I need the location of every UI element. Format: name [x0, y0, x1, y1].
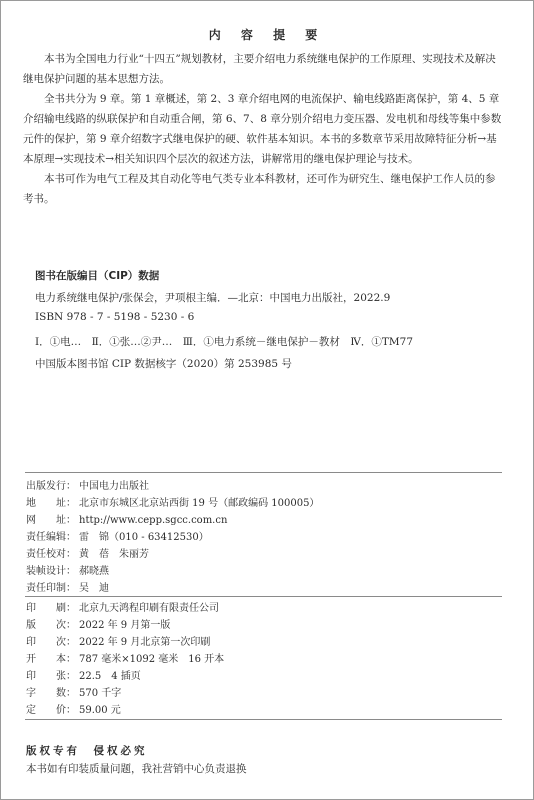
info-row: 出版发行：中国电力出版社 [26, 478, 496, 495]
summary-title: 内 容 提 要 [1, 26, 533, 43]
info-label: 责任印制： [26, 580, 79, 597]
copyright-section: 版权专有 侵权必究 本书如有印装质量问题，我社营销中心负责退换 [26, 742, 247, 778]
info-row: 网 址：http://www.cepp.sgcc.com.cn [26, 512, 496, 529]
info-value: 2022 年 9 月第一版 [79, 617, 170, 634]
copyright-page: 内 容 提 要 本书为全国电力行业“十四五”规划教材，主要介绍电力系统继电保护的… [0, 0, 534, 800]
info-value: 郝晓燕 [79, 563, 109, 580]
info-row: 责任校对：黄 蓓 朱丽芳 [26, 546, 496, 563]
info-value: 2022 年 9 月北京第一次印刷 [79, 634, 210, 651]
info-row: 印 刷：北京九天鸿程印刷有限责任公司 [26, 600, 496, 617]
info-value: 北京九天鸿程印刷有限责任公司 [79, 600, 219, 617]
info-label: 责任编辑： [26, 529, 79, 546]
info-row: 装帧设计：郝晓燕 [26, 563, 496, 580]
cip-title-line: 电力系统继电保护/张保会，尹项根主编．—北京：中国电力出版社，2022.9 [35, 287, 505, 309]
cip-library-record: 中国版本图书馆 CIP 数据核字（2020）第 253985 号 [35, 353, 505, 375]
cip-heading: 图书在版编目（CIP）数据 [35, 265, 505, 287]
info-row: 字 数：570 千字 [26, 685, 496, 702]
info-value: 雷 锦（010 - 63412530） [79, 529, 209, 546]
info-row: 印 次：2022 年 9 月北京第一次印刷 [26, 634, 496, 651]
publisher-info: 出版发行：中国电力出版社 地 址：北京市东城区北京站西街 19 号（邮政编码 1… [26, 478, 496, 597]
print-info: 印 刷：北京九天鸿程印刷有限责任公司 版 次：2022 年 9 月第一版 印 次… [26, 600, 496, 719]
info-label: 字 数： [26, 685, 79, 702]
info-row: 开 本：787 毫米×1092 毫米 16 开本 [26, 651, 496, 668]
copyright-note: 本书如有印装质量问题，我社营销中心负责退换 [26, 760, 247, 778]
info-row: 印 张：22.5 4 插页 [26, 668, 496, 685]
info-label: 出版发行： [26, 478, 79, 495]
info-label: 版 次： [26, 617, 79, 634]
info-row: 责任印制：吴 迪 [26, 580, 496, 597]
cip-section: 图书在版编目（CIP）数据 电力系统继电保护/张保会，尹项根主编．—北京：中国电… [35, 265, 505, 375]
info-row: 地 址：北京市东城区北京站西街 19 号（邮政编码 100005） [26, 495, 496, 512]
info-label: 定 价： [26, 702, 79, 719]
divider [25, 719, 502, 720]
cip-classification: Ⅰ．①电… Ⅱ．①张…②尹… Ⅲ．①电力系统－继电保护－教材 Ⅳ．①TM77 [35, 331, 505, 353]
info-value: 59.00 元 [79, 702, 121, 719]
info-label: 印 张： [26, 668, 79, 685]
info-value: 北京市东城区北京站西街 19 号（邮政编码 100005） [79, 495, 319, 512]
copyright-heading: 版权专有 侵权必究 [26, 742, 247, 760]
info-value: http://www.cepp.sgcc.com.cn [79, 512, 227, 529]
info-value: 黄 蓓 朱丽芳 [79, 546, 149, 563]
info-value: 中国电力出版社 [79, 478, 149, 495]
divider [25, 596, 502, 597]
info-label: 地 址： [26, 495, 79, 512]
info-label: 开 本： [26, 651, 79, 668]
info-label: 装帧设计： [26, 563, 79, 580]
info-label: 印 次： [26, 634, 79, 651]
info-value: 22.5 4 插页 [79, 668, 141, 685]
summary-section: 本书为全国电力行业“十四五”规划教材，主要介绍电力系统继电保护的工作原理、实现技… [23, 49, 503, 209]
summary-paragraph: 本书可作为电气工程及其自动化等电气类专业本科教材，还可作为研究生、继电保护工作人… [23, 169, 503, 209]
info-row: 责任编辑：雷 锦（010 - 63412530） [26, 529, 496, 546]
info-value: 570 千字 [79, 685, 121, 702]
info-row: 定 价：59.00 元 [26, 702, 496, 719]
info-value: 787 毫米×1092 毫米 16 开本 [79, 651, 224, 668]
info-row: 版 次：2022 年 9 月第一版 [26, 617, 496, 634]
info-label: 网 址： [26, 512, 79, 529]
cip-isbn: ISBN 978 - 7 - 5198 - 5230 - 6 [35, 309, 505, 325]
info-value: 吴 迪 [79, 580, 109, 597]
info-label: 印 刷： [26, 600, 79, 617]
summary-paragraph: 全书共分为 9 章。第 1 章概述，第 2、3 章介绍电网的电流保护、输电线路距… [23, 89, 503, 169]
divider [25, 472, 502, 473]
summary-paragraph: 本书为全国电力行业“十四五”规划教材，主要介绍电力系统继电保护的工作原理、实现技… [23, 49, 503, 89]
info-label: 责任校对： [26, 546, 79, 563]
